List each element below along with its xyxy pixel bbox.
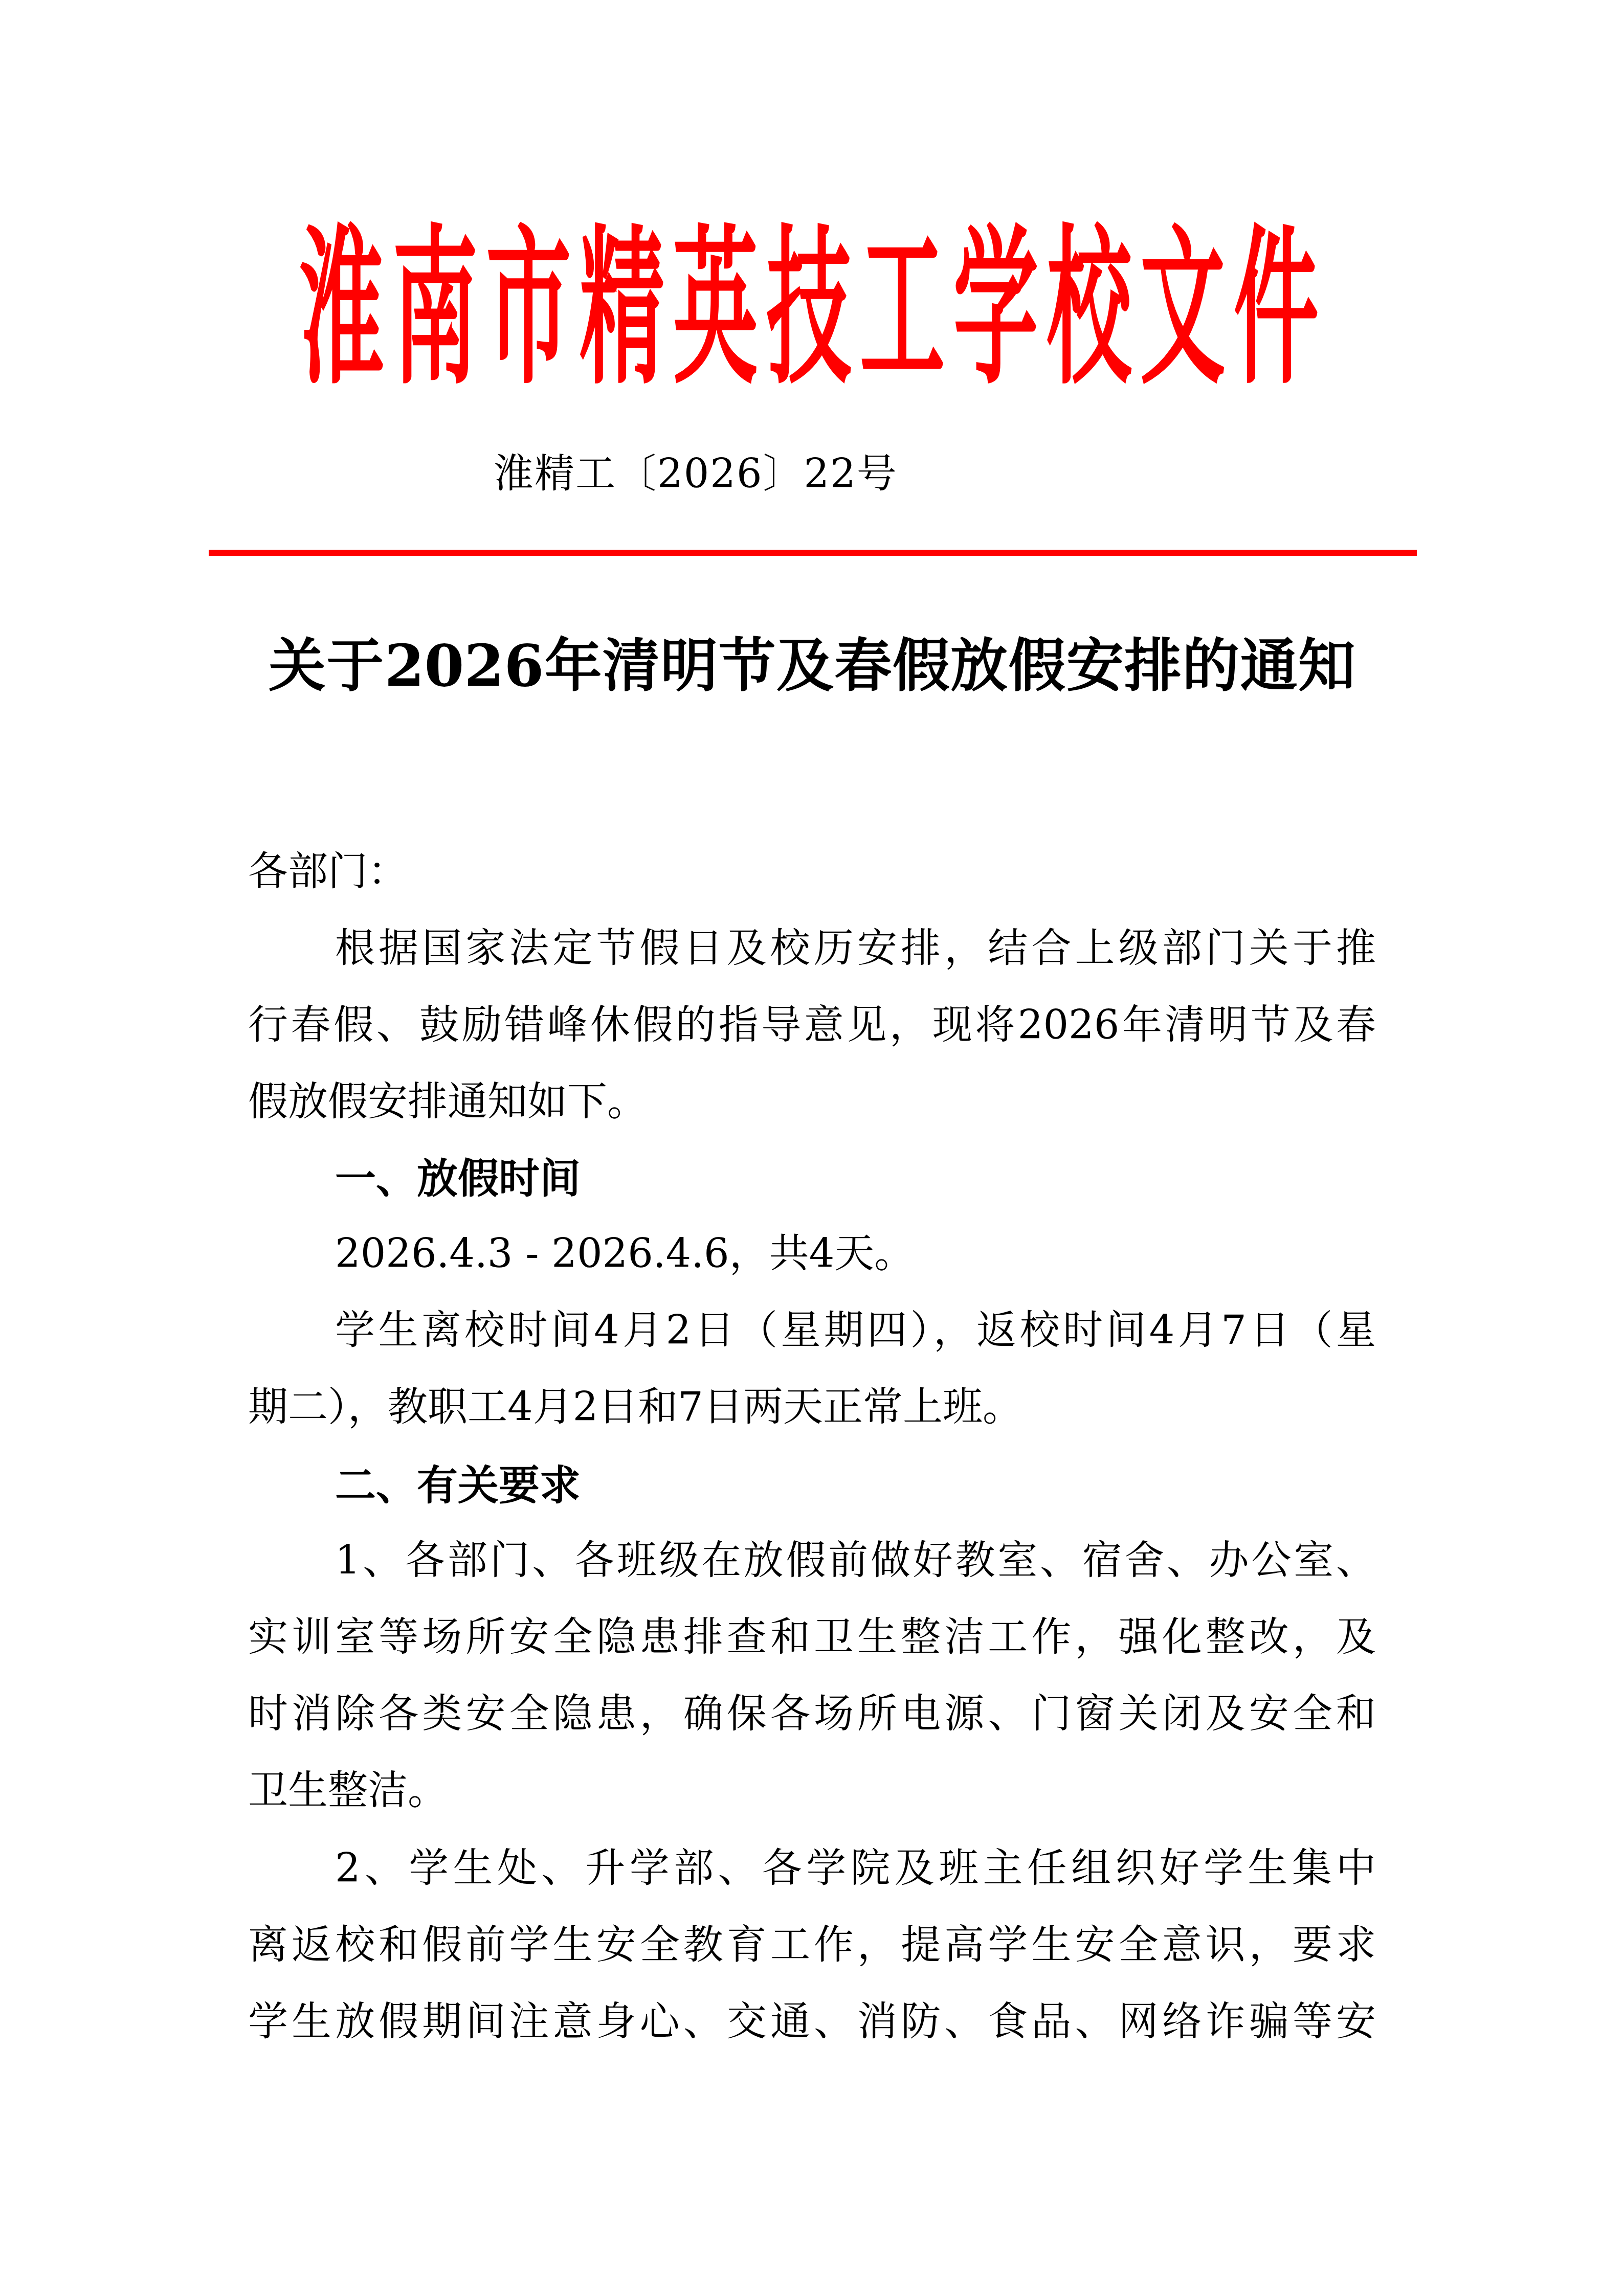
intro-line: 假放假安排通知如下。 [248,1076,1376,1128]
intro-line: 根据国家法定节假日及校历安排，结合上级部门关于推 [335,923,1376,974]
requirement-1-line: 卫生整洁。 [248,1765,1376,1816]
masthead-char: 技 [766,224,851,566]
notice-title: 关于2026年清明节及春假放假安排的通知 [269,633,1355,700]
requirement-2-line: 2、学生处、升学部、各学院及班主任组织好学生集中 [335,1843,1376,1894]
document-page: 淮 南 市 精 英 技 工 学 校 文 件 淮精工〔2026〕22号 关于202… [0,0,1624,2296]
document-number: 淮精工〔2026〕22号 [494,451,1066,497]
salutation: 各部门： [248,846,1376,897]
schedule-line: 期二），教职工4月2日和7日两天正常上班。 [248,1382,1376,1433]
section-heading-requirements: 二、有关要求 [335,1460,1376,1511]
masthead-char: 校 [1047,224,1132,566]
masthead-char: 文 [1140,224,1225,566]
requirement-1-line: 实训室等场所安全隐患排查和卫生整洁工作，强化整改，及 [248,1612,1376,1663]
schedule-line: 学生离校时间4月2日（星期四），返校时间4月7日（星 [335,1305,1376,1356]
masthead-char: 英 [673,224,758,566]
requirement-2-line: 学生放假期间注意身心、交通、消防、食品、网络诈骗等安 [248,1996,1376,2047]
section-heading-holiday-time: 一、放假时间 [335,1153,1376,1204]
red-divider-rule [209,550,1417,556]
requirement-2-line: 离返校和假前学生安全教育工作，提高学生安全意识，要求 [248,1920,1376,1971]
requirement-1-line: 1、各部门、各班级在放假前做好教室、宿舍、办公室、 [335,1535,1376,1586]
masthead-char: 件 [1234,224,1319,566]
intro-line: 行春假、鼓励错峰休假的指导意见，现将2026年清明节及春 [248,1000,1376,1051]
requirement-1-line: 时消除各类安全隐患，确保各场所电源、门窗关闭及安全和 [248,1689,1376,1740]
holiday-dates: 2026.4.3 - 2026.4.6，共4天。 [335,1228,1376,1279]
masthead-title: 淮 南 市 精 英 技 工 学 校 文 件 [299,224,1319,395]
masthead-char: 精 [580,224,664,566]
masthead-char: 淮 [299,224,384,566]
masthead-char: 学 [953,224,1038,566]
masthead-char: 市 [486,224,571,566]
masthead-char: 工 [860,224,945,566]
masthead-char: 南 [393,224,478,566]
